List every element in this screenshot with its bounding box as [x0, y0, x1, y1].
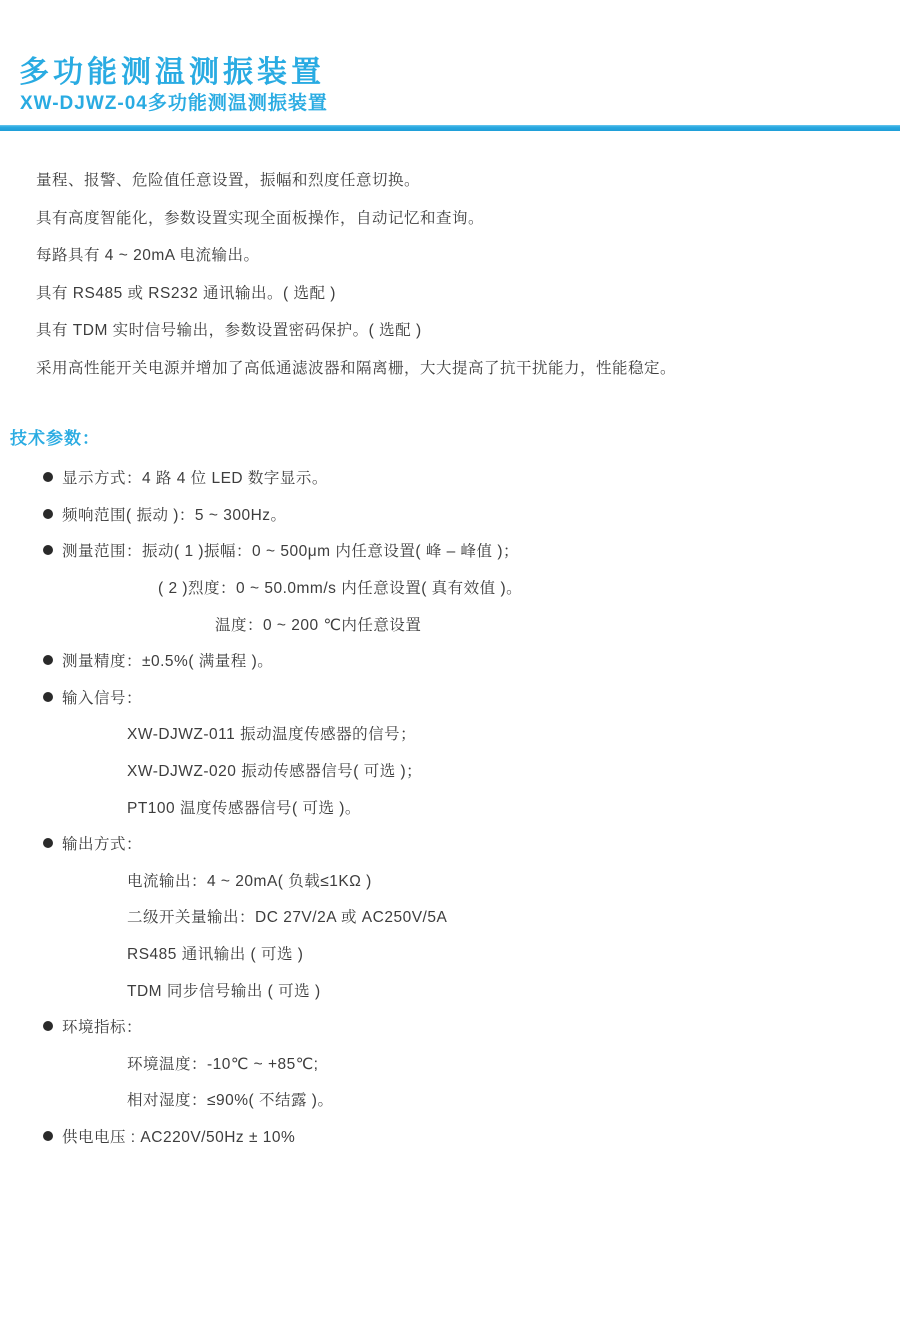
spec-item: 环境指标： — [0, 1008, 900, 1045]
spec-subitem: XW-DJWZ-020 振动传感器信号( 可选 )； — [0, 752, 900, 789]
bullet-icon — [43, 1021, 53, 1031]
spec-subitem: 相对湿度：≤90%( 不结露 )。 — [0, 1081, 900, 1118]
spec-item-text: XW-DJWZ-020 振动传感器信号( 可选 )； — [127, 759, 422, 781]
spec-item-text: 频响范围( 振动 )：5 ~ 300Hz。 — [62, 503, 287, 525]
spec-item-text: 电流输出：4 ~ 20mA( 负载≤1KΩ ) — [127, 869, 372, 891]
spec-item-text: PT100 温度传感器信号( 可选 )。 — [127, 796, 361, 818]
spec-item-text: 温度：0 ~ 200 ℃内任意设置 — [215, 613, 421, 635]
spec-item-text: 输入信号： — [62, 686, 142, 708]
bullet-icon — [43, 509, 53, 519]
bullet-icon — [43, 655, 53, 665]
specs-list: 显示方式：4 路 4 位 LED 数字显示。 频响范围( 振动 )：5 ~ 30… — [0, 459, 900, 1154]
spec-item: 供电电压 : AC220V/50Hz ± 10% — [0, 1118, 900, 1155]
bullet-icon — [43, 545, 53, 555]
spec-item-text: 环境指标： — [62, 1015, 142, 1037]
spec-item: 显示方式：4 路 4 位 LED 数字显示。 — [0, 459, 900, 496]
spec-item-text: XW-DJWZ-011 振动温度传感器的信号； — [127, 722, 416, 744]
bullet-icon — [43, 1131, 53, 1141]
bullet-icon — [43, 838, 53, 848]
spec-item-text: 环境温度：-10℃ ~ +85℃; — [127, 1052, 318, 1074]
spec-item: 测量范围：振动( 1 )振幅：0 ~ 500μm 内任意设置( 峰 – 峰值 )… — [0, 532, 900, 569]
spec-subitem: TDM 同步信号输出 ( 可选 ) — [0, 971, 900, 1008]
spec-item-text: 相对湿度：≤90%( 不结露 )。 — [127, 1088, 333, 1110]
spec-subitem: ( 2 )烈度：0 ~ 50.0mm/s 内任意设置( 真有效值 )。 — [0, 569, 900, 606]
specs-section-heading: 技术参数： — [10, 427, 900, 451]
spec-item-text: 供电电压 : AC220V/50Hz ± 10% — [62, 1125, 295, 1147]
spec-subitem: 电流输出：4 ~ 20mA( 负载≤1KΩ ) — [0, 862, 900, 899]
spec-item: 输出方式： — [0, 825, 900, 862]
intro-line: 具有高度智能化，参数设置实现全面板操作，自动记忆和查询。 — [36, 200, 900, 238]
spec-subitem: PT100 温度传感器信号( 可选 )。 — [0, 788, 900, 825]
spec-item: 输入信号： — [0, 679, 900, 716]
spec-subitem: 二级开关量输出：DC 27V/2A 或 AC250V/5A — [0, 898, 900, 935]
intro-line: 每路具有 4 ~ 20mA 电流输出。 — [36, 237, 900, 275]
spec-item-text: 测量范围：振动( 1 )振幅：0 ~ 500μm 内任意设置( 峰 – 峰值 )… — [62, 539, 519, 561]
page-header: 多功能测温测振装置 XW-DJWZ-04多功能测温测振装置 — [0, 56, 900, 115]
intro-line: 采用高性能开关电源并增加了高低通滤波器和隔离栅，大大提高了抗干扰能力，性能稳定。 — [36, 350, 900, 388]
spec-item-text: RS485 通讯输出 ( 可选 ) — [127, 942, 303, 964]
spec-subitem: XW-DJWZ-011 振动温度传感器的信号； — [0, 715, 900, 752]
spec-item-text: 二级开关量输出：DC 27V/2A 或 AC250V/5A — [127, 905, 447, 927]
intro-line: 具有 TDM 实时信号输出，参数设置密码保护。( 选配 ) — [36, 312, 900, 350]
spec-item: 测量精度：±0.5%( 满量程 )。 — [0, 642, 900, 679]
header-divider — [0, 125, 900, 131]
page-subtitle: XW-DJWZ-04多功能测温测振装置 — [20, 93, 900, 115]
spec-subitem: RS485 通讯输出 ( 可选 ) — [0, 935, 900, 972]
intro-section: 量程、报警、危险值任意设置，振幅和烈度任意切换。 具有高度智能化，参数设置实现全… — [0, 162, 900, 387]
intro-line: 量程、报警、危险值任意设置，振幅和烈度任意切换。 — [36, 162, 900, 200]
spec-item-text: TDM 同步信号输出 ( 可选 ) — [127, 979, 321, 1001]
spec-item-text: ( 2 )烈度：0 ~ 50.0mm/s 内任意设置( 真有效值 )。 — [158, 576, 522, 598]
intro-line: 具有 RS485 或 RS232 通讯输出。( 选配 ) — [36, 275, 900, 313]
spec-item-text: 显示方式：4 路 4 位 LED 数字显示。 — [62, 466, 328, 488]
spec-subitem: 温度：0 ~ 200 ℃内任意设置 — [0, 605, 900, 642]
page-title: 多功能测温测振装置 — [19, 56, 900, 90]
spec-item: 频响范围( 振动 )：5 ~ 300Hz。 — [0, 496, 900, 533]
spec-subitem: 环境温度：-10℃ ~ +85℃; — [0, 1045, 900, 1082]
spec-item-text: 测量精度：±0.5%( 满量程 )。 — [62, 649, 273, 671]
spec-item-text: 输出方式： — [62, 832, 142, 854]
bullet-icon — [43, 472, 53, 482]
bullet-icon — [43, 692, 53, 702]
